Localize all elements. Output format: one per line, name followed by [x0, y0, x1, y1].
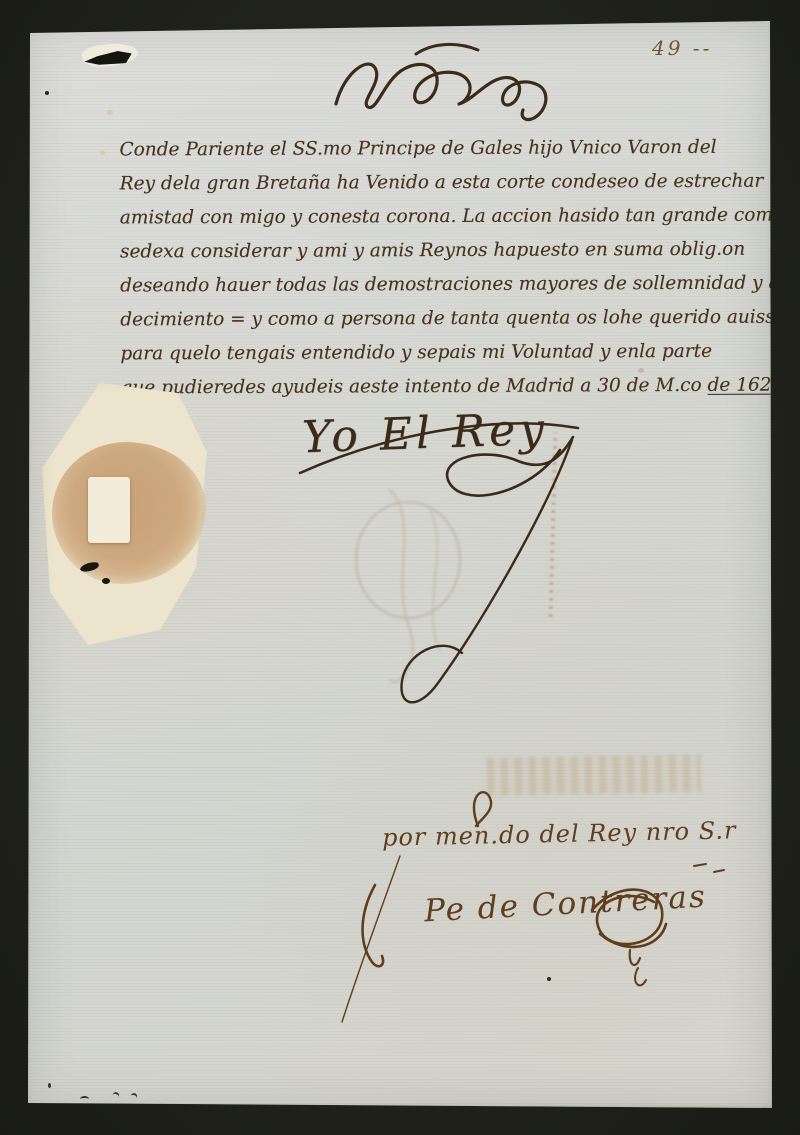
- ink-speck: [45, 91, 49, 95]
- letter-line: amistad con migo y conesta corona. La ac…: [120, 199, 768, 236]
- ink-speck: [48, 1083, 51, 1088]
- royal-rubric-flourish: [330, 38, 560, 133]
- letter-date: de 1623: [707, 375, 783, 396]
- letter-line: para quelo tengais entendido y sepais mi…: [120, 335, 768, 372]
- letter-line: Rey dela gran Bretaña ha Venido a esta c…: [120, 165, 768, 202]
- letter-body: Conde Pariente el SS.mo Principe de Gale…: [119, 131, 768, 406]
- seal-stain: [40, 380, 220, 665]
- next-page-text-peek: [111, 1091, 120, 1102]
- letter-line: deseando hauer todas las demostraciones …: [120, 267, 768, 304]
- letter-line: decimiento = y como a persona de tanta q…: [120, 301, 768, 338]
- ink-speck: [547, 977, 551, 981]
- folio-number: 49 --: [652, 36, 712, 60]
- seal-paper-cover: [88, 477, 130, 543]
- foxing-spot: [638, 368, 644, 373]
- secretary-flourish: [330, 782, 730, 1042]
- ink-speck: [102, 578, 110, 584]
- foxing-spot: [107, 110, 113, 115]
- next-page-text-peek: [80, 1096, 89, 1102]
- royal-signature-flourish: [290, 395, 610, 725]
- next-page-text-peek: [129, 1092, 139, 1103]
- royal-rubric: [330, 38, 560, 133]
- photo-background: { "colors": { "background": "#21221c", "…: [0, 0, 800, 1135]
- foxing-spot: [100, 150, 105, 155]
- manuscript-page: 49 -- Conde Pariente el SS.mo Principe d…: [26, 20, 772, 1110]
- letter-line: Conde Pariente el SS.mo Principe de Gale…: [119, 131, 767, 168]
- letter-line: sedexa considerar y ami y amis Reynos ha…: [120, 233, 768, 270]
